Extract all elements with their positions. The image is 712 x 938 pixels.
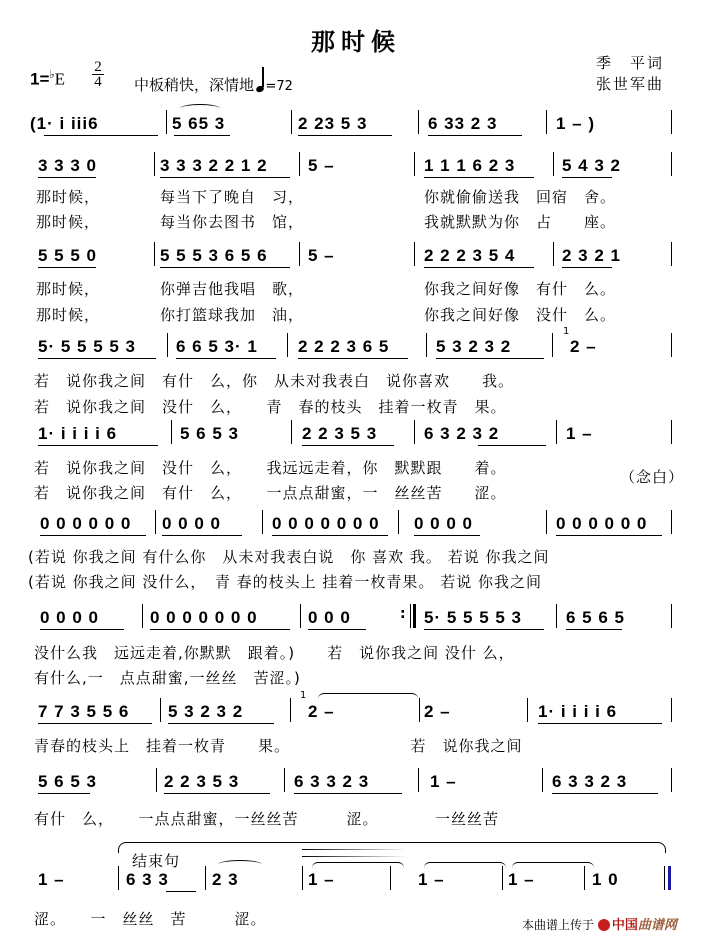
barline [160, 698, 161, 722]
beam-underline [176, 358, 276, 359]
system-10-m6: 1 – [508, 870, 535, 890]
system-2-m1: 3 3 3 0 [38, 156, 97, 176]
system-1-m4: 6 33 2 3 [428, 114, 497, 134]
barline [287, 333, 288, 357]
system-7-m5: 6 5 6 5 [566, 608, 625, 628]
system-10-m4: 1 – [308, 870, 335, 890]
lyric-line: (若说 你我之间 有什么你 从未对我表白说 你 喜欢 我。 若说 你我之间 [28, 546, 549, 567]
system-7-m2: 0 0 0 0 0 0 0 [150, 608, 258, 628]
barline [302, 866, 303, 890]
key-prefix: 1= [30, 70, 49, 89]
tempo-bpm: =72 [266, 79, 293, 94]
barline [664, 866, 665, 890]
barline [291, 420, 292, 444]
beam-underline [174, 135, 230, 136]
system-9-m1: 5 6 5 3 [38, 772, 97, 792]
beam-underline [414, 535, 480, 536]
barline [154, 152, 155, 176]
barline [553, 152, 554, 176]
lyric-line: 若 说你我之间 有什 么， 一点点甜蜜，一 丝丝苦 涩。 [34, 482, 507, 503]
lyric-line: 有什么,一 点点甜蜜,一丝丝 苦涩。) [34, 667, 301, 688]
barline [118, 866, 119, 890]
system-5-m4: 6 3 2 3 2 [424, 424, 499, 444]
system-8-m5: 1· i i i i 6 [538, 702, 617, 722]
barline [167, 333, 168, 357]
watermark: 本曲谱上传于 中国曲谱网 [522, 914, 677, 933]
composer-credit: 张世军曲 [596, 73, 664, 94]
barline [414, 420, 415, 444]
system-6-m4: 0 0 0 0 [414, 514, 473, 534]
beam-underline [150, 629, 290, 630]
system-5-m1: 1· i i i i 6 [38, 424, 117, 444]
lyric-line: 我就默默为你 占 座。 [424, 211, 616, 232]
system-2-m5: 5 4 3 2 [562, 156, 621, 176]
barline [205, 866, 206, 890]
lyricist-credit: 季 平词 [596, 52, 664, 73]
beam-underline [302, 445, 394, 446]
lyric-line: 若 说你我之间 没什 么， 青 春的枝头 挂着一枚青 果。 [34, 396, 507, 417]
beam-underline [38, 358, 156, 359]
barline [299, 152, 300, 176]
barline [671, 604, 672, 628]
barline [556, 604, 557, 628]
system-5-m2: 5 6 5 3 [180, 424, 239, 444]
beam-underline [562, 267, 612, 268]
barline [671, 110, 672, 134]
system-3-m4: 2 2 2 3 5 4 [424, 246, 515, 266]
system-10-m7: 1 0 [592, 870, 619, 890]
barline [671, 510, 672, 534]
lyric-line: 你我之间好像 有什 么。 [424, 278, 616, 299]
beam-underline [538, 723, 662, 724]
repeat-dots-icon: : [400, 606, 406, 622]
beam-underline [38, 177, 96, 178]
final-barline [668, 866, 671, 890]
barline [154, 242, 155, 266]
lyric-line: 你弹吉他我唱 歌， [160, 278, 304, 299]
system-4-m3: 2 2 2 3 6 5 [298, 337, 389, 357]
barline [527, 698, 528, 722]
barline [299, 242, 300, 266]
note-stem [262, 67, 264, 87]
barline [171, 420, 172, 444]
system-6-m1: 0 0 0 0 0 0 [40, 514, 131, 534]
barline [262, 510, 263, 534]
beam-underline [298, 358, 408, 359]
lyric-line: 涩。 一 丝丝 苦 涩。 [34, 908, 267, 929]
barline [552, 333, 553, 357]
watermark-brand-b: 曲谱网 [638, 918, 677, 933]
time-signature: 2 4 [92, 60, 104, 89]
system-1-m5: 1 – ) [556, 114, 595, 134]
beam-underline [40, 629, 124, 630]
barline [414, 152, 415, 176]
lyric-line: 若 说你我之间 没什 么， 我远远走着，你 默默跟 着。 [34, 457, 507, 478]
system-1-m2: 5 65 3 [172, 114, 225, 134]
lyric-line: 每当下了晚自 习， [160, 186, 304, 207]
system-3-m2: 5 5 5 3 6 5 6 [160, 246, 268, 266]
lyric-line: (若说 你我之间 没什么， 青 春的枝头上 挂着一枚青果。 若说 你我之间 [28, 571, 542, 592]
lyric-line: 那时候， [36, 186, 100, 207]
lyric-line: 那时候， [36, 278, 100, 299]
time-sig-bottom: 4 [92, 75, 104, 89]
lyric-line: 那时候， [36, 211, 100, 232]
beam-underline [424, 177, 534, 178]
lyric-line: 你我之间好像 没什 么。 [424, 304, 616, 325]
lyric-line: 每当你去图书 馆， [160, 211, 304, 232]
beam-underline [162, 535, 242, 536]
barline [166, 110, 167, 134]
barline [671, 242, 672, 266]
site-logo-icon [598, 919, 610, 931]
system-8-m4: 2 – [424, 702, 451, 722]
beam-underline [308, 629, 366, 630]
system-1-m1: (1· i iii6 [30, 114, 99, 134]
lyric-line: 那时候， [36, 304, 100, 325]
barline [398, 510, 399, 534]
system-10-m5: 1 – [418, 870, 445, 890]
tempo-marking: 中板稍快，深情地=72 [134, 70, 293, 95]
beam-underline [38, 723, 152, 724]
barline [671, 768, 672, 792]
barline [671, 420, 672, 444]
barline [291, 110, 292, 134]
tie [424, 862, 506, 871]
beam-underline [428, 135, 522, 136]
system-5-m5: 1 – [566, 424, 593, 444]
system-1-m3: 2 23 5 3 [298, 114, 367, 134]
beam-underline [298, 135, 392, 136]
key-note: E [55, 70, 65, 89]
barline [546, 110, 547, 134]
system-2-m4: 1 1 1 6 2 3 [424, 156, 515, 176]
grace-note: 1 [300, 690, 306, 701]
beam-underline [424, 629, 544, 630]
lyric-line: 有什 么， 一点点甜蜜，一丝丝苦 涩。 一丝丝苦 [34, 808, 499, 829]
slur [218, 860, 262, 869]
beam-underline [272, 535, 388, 536]
system-9-m2: 2 2 3 5 3 [164, 772, 239, 792]
beam-underline [294, 793, 402, 794]
lyric-line: 没什么我 远远走着,你默默 跟着。) 若 说你我之间 没什 么， [34, 642, 515, 663]
time-sig-top: 2 [92, 60, 104, 75]
system-6-m2: 0 0 0 0 [162, 514, 221, 534]
barline [142, 604, 143, 628]
watermark-prefix: 本曲谱上传于 [522, 918, 594, 932]
beam-underline [436, 358, 544, 359]
barline [671, 152, 672, 176]
barline [418, 110, 419, 134]
barline [671, 333, 672, 357]
barline [290, 698, 291, 722]
beam-underline [166, 891, 196, 892]
beam-underline [40, 535, 146, 536]
beam-underline [160, 267, 290, 268]
barline [426, 333, 427, 357]
system-4-m5: 2 – [570, 337, 597, 357]
beam-underline [38, 445, 158, 446]
system-3-m3: 5 – [308, 246, 335, 266]
repeat-end-thick-barline [413, 604, 416, 628]
beam-underline [164, 793, 270, 794]
system-8-m1: 7 7 3 5 5 6 [38, 702, 129, 722]
lyric-line: 你就偷偷送我 回宿 舍。 [424, 186, 616, 207]
barline [156, 768, 157, 792]
barline [546, 510, 547, 534]
beam-underline [38, 793, 90, 794]
key-signature: 1=♭E [30, 68, 65, 90]
lyric-line: 你打篮球我加 油， [160, 304, 304, 325]
barline [553, 242, 554, 266]
lyric-line: 青春的枝头上 挂着一枚青 果。 若 说你我之间 [34, 735, 523, 756]
barline [284, 768, 285, 792]
barline [556, 420, 557, 444]
system-10-m1: 1 – [38, 870, 65, 890]
barline [300, 604, 301, 628]
system-4-m2: 6 6 5 3· 1 [176, 337, 258, 357]
grace-note: 1 [563, 326, 569, 337]
system-7-m4: 5· 5 5 5 5 3 [424, 608, 522, 628]
beam-underline [44, 135, 158, 136]
ending-label: 结束句 [132, 850, 180, 871]
lyric-line: 若 说你我之间 有什 么，你 从未对我表白 说你喜欢 我。 [34, 370, 514, 391]
system-10-m3: 2 3 [212, 870, 239, 890]
system-7-m1: 0 0 0 0 [40, 608, 99, 628]
barline [155, 510, 156, 534]
system-8-m3: 2 – [308, 702, 335, 722]
system-2-m2: 3 3 3 2 2 1 2 [160, 156, 268, 176]
system-10-m2: 6 3 3 [126, 870, 169, 890]
tie [312, 862, 404, 871]
spoken-annotation: （念白） [620, 466, 684, 487]
beam-underline [556, 535, 662, 536]
system-5-m3: 2 2 3 5 3 [302, 424, 377, 444]
system-9-m3: 6 3 3 2 3 [294, 772, 369, 792]
beam-underline [552, 793, 658, 794]
beam-underline [562, 177, 612, 178]
barline [414, 242, 415, 266]
system-6-m3: 0 0 0 0 0 0 0 [272, 514, 380, 534]
system-9-m4: 1 – [430, 772, 457, 792]
system-2-m3: 5 – [308, 156, 335, 176]
system-4-m1: 5· 5 5 5 5 3 [38, 337, 136, 357]
system-3-m5: 2 3 2 1 [562, 246, 621, 266]
system-7-m3: 0 0 0 [308, 608, 351, 628]
system-9-m5: 6 3 3 2 3 [552, 772, 627, 792]
barline [418, 768, 419, 792]
system-6-m5: 0 0 0 0 0 0 [556, 514, 647, 534]
slur [180, 104, 220, 113]
beam-underline [566, 629, 622, 630]
beam-underline [38, 267, 96, 268]
tempo-text: 中板稍快，深情地 [134, 76, 254, 94]
beam-underline [168, 723, 274, 724]
system-3-m1: 5 5 5 0 [38, 246, 97, 266]
system-4-m4: 5 3 2 3 2 [436, 337, 511, 357]
barline [542, 768, 543, 792]
beam-underline [478, 445, 546, 446]
system-8-m2: 5 3 2 3 2 [168, 702, 243, 722]
beam-underline [424, 267, 534, 268]
watermark-brand-a: 中国 [612, 918, 638, 933]
beam-underline [160, 177, 290, 178]
barline [419, 698, 420, 722]
barline [671, 698, 672, 722]
tie [512, 862, 594, 871]
tie [318, 693, 418, 702]
barline [410, 604, 411, 628]
